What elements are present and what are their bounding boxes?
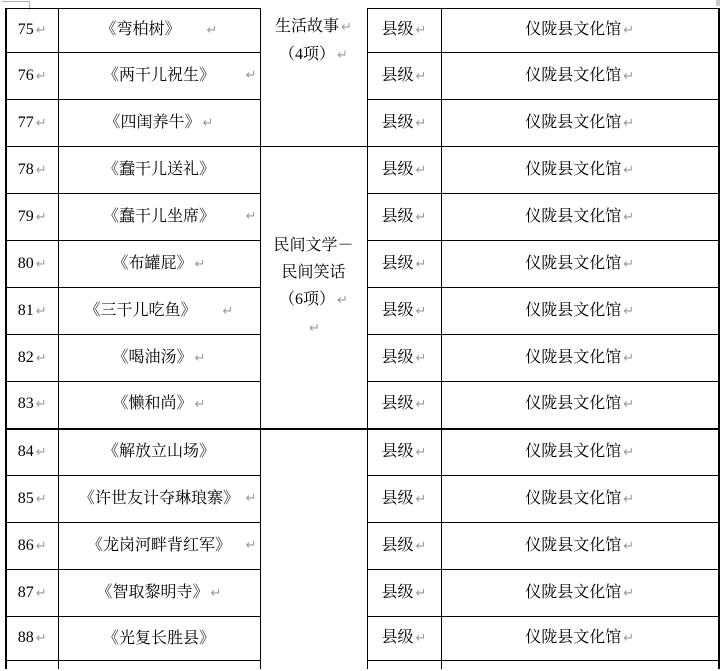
- paragraph-mark-icon: ↵: [623, 163, 634, 178]
- org-cell: 仪陇县文化馆↵: [441, 382, 719, 429]
- paragraph-mark-icon: ↵: [36, 445, 47, 460]
- org-text: 仪陇县文化馆: [525, 255, 621, 272]
- title-cell: 《龙岗河畔背红军》↵: [58, 523, 260, 570]
- org-cell: 仪陇县文化馆↵: [441, 523, 719, 570]
- title-text: 《光复长胜县》: [103, 630, 215, 647]
- level-cell: 县级↵: [367, 617, 441, 661]
- table-row: 78↵《蠢干儿送礼》民间文学－民间笑话（6项）↵↵县级↵仪陇县文化馆↵: [6, 147, 719, 194]
- org-cell: 仪陇县文化馆↵: [441, 476, 719, 523]
- row-number-cell: [6, 661, 58, 669]
- level-cell: 县级↵: [367, 241, 441, 288]
- paragraph-mark-icon: ↵: [623, 492, 634, 507]
- paragraph-mark-icon: ↵: [623, 397, 634, 412]
- paragraph-mark-icon: ↵: [337, 293, 348, 308]
- row-number: 83: [18, 395, 34, 412]
- title-text: 《喝油汤》: [113, 349, 193, 366]
- title-text: 《龙岗河畔背红军》: [87, 537, 231, 554]
- row-number: 85: [18, 490, 34, 507]
- row-number-cell: 87↵: [6, 570, 58, 617]
- level-cell: 县级↵: [367, 382, 441, 429]
- category-text: 民间文学－: [273, 237, 353, 254]
- org-text: 仪陇县文化馆: [525, 349, 621, 366]
- category-text: （6项）: [279, 291, 335, 308]
- title-text: 《两干儿祝生》: [103, 67, 215, 84]
- org-text: 仪陇县文化馆: [525, 395, 621, 412]
- paragraph-mark-icon: ↵: [36, 257, 47, 272]
- org-text: 仪陇县文化馆: [525, 114, 621, 131]
- level-text: 县级: [382, 114, 414, 131]
- level-text: 县级: [382, 629, 414, 646]
- paragraph-mark-icon: ↵: [246, 66, 257, 86]
- org-text: 仪陇县文化馆: [525, 490, 621, 507]
- row-number: 86: [18, 537, 34, 554]
- scrollbar-sliver: [716, 0, 720, 6]
- category-line: 生活故事↵: [261, 13, 367, 41]
- org-cell: 仪陇县文化馆↵: [441, 194, 719, 241]
- title-text: 《蠢干儿送礼》: [103, 161, 215, 178]
- level-text: 县级: [382, 443, 414, 460]
- row-number: 78: [18, 161, 34, 178]
- paragraph-mark-icon: ↵: [246, 207, 257, 227]
- org-cell: 仪陇县文化馆↵: [441, 617, 719, 661]
- paragraph-mark-icon: ↵: [36, 586, 47, 601]
- row-number-cell: 81↵: [6, 288, 58, 335]
- level-text: 县级: [382, 255, 414, 272]
- level-cell: 县级↵: [367, 523, 441, 570]
- paragraph-mark-icon: ↵: [36, 539, 47, 554]
- category-cell: [260, 429, 367, 669]
- org-cell: 仪陇县文化馆↵: [441, 241, 719, 288]
- org-text: 仪陇县文化馆: [525, 537, 621, 554]
- title-cell: 《弯柏树》↵: [58, 9, 260, 53]
- org-text: 仪陇县文化馆: [525, 629, 621, 646]
- level-cell: 县级↵: [367, 9, 441, 53]
- paragraph-mark-icon: ↵: [195, 351, 206, 366]
- org-cell: 仪陇县文化馆↵: [441, 288, 719, 335]
- title-cell: 《四闺养牛》↵: [58, 100, 260, 147]
- category-label: 民间文学－民间笑话（6项）↵↵: [261, 232, 367, 342]
- paragraph-mark-icon: ↵: [36, 304, 47, 319]
- row-number-cell: 85↵: [6, 476, 58, 523]
- paragraph-mark-icon: ↵: [36, 69, 47, 84]
- row-number: 75: [18, 21, 34, 38]
- org-text: 仪陇县文化馆: [525, 208, 621, 225]
- org-cell: 仪陇县文化馆↵: [441, 53, 719, 100]
- paragraph-mark-icon: ↵: [416, 163, 427, 178]
- paragraph-mark-icon: ↵: [416, 492, 427, 507]
- title-cell: 《喝油汤》↵: [58, 335, 260, 382]
- org-cell: 仪陇县文化馆↵: [441, 9, 719, 53]
- title-cell: 《智取黎明寺》↵: [58, 570, 260, 617]
- paragraph-mark-icon: ↵: [203, 116, 214, 131]
- paragraph-mark-icon: ↵: [416, 631, 427, 646]
- paragraph-mark-icon: ↵: [36, 397, 47, 412]
- org-cell: 仪陇县文化馆↵: [441, 429, 719, 476]
- paragraph-mark-icon: ↵: [623, 445, 634, 460]
- title-text: 《弯柏树》: [101, 21, 181, 38]
- level-text: 县级: [382, 395, 414, 412]
- row-number: 76: [18, 67, 34, 84]
- level-text: 县级: [382, 161, 414, 178]
- level-cell: 县级↵: [367, 288, 441, 335]
- paragraph-mark-icon: ↵: [416, 304, 427, 319]
- row-number-cell: 82↵: [6, 335, 58, 382]
- org-cell: 仪陇县文化馆↵: [441, 570, 719, 617]
- org-text: 仪陇县文化馆: [525, 443, 621, 460]
- title-cell: 《布罐屁》↵: [58, 241, 260, 288]
- level-cell: 县级↵: [367, 53, 441, 100]
- level-cell: 县级↵: [367, 570, 441, 617]
- category-line: （4项）↵: [261, 41, 367, 69]
- level-cell: 县级↵: [367, 147, 441, 194]
- org-text: 仪陇县文化馆: [525, 302, 621, 319]
- category-line: 民间文学－: [261, 232, 367, 259]
- table-row: 84↵《解放立山场》县级↵仪陇县文化馆↵: [6, 429, 719, 476]
- row-number-cell: 75↵: [6, 9, 58, 53]
- paragraph-mark-icon: ↵: [416, 397, 427, 412]
- row-number-cell: 84↵: [6, 429, 58, 476]
- paragraph-mark-icon: ↵: [416, 210, 427, 225]
- title-cell: 《蠢干儿坐席》↵: [58, 194, 260, 241]
- paragraph-mark-icon: ↵: [246, 489, 257, 509]
- org-cell: 仪陇县文化馆↵: [441, 147, 719, 194]
- title-text: 《布罐屁》: [113, 255, 193, 272]
- paragraph-mark-icon: ↵: [623, 586, 634, 601]
- level-cell: 县级↵: [367, 476, 441, 523]
- paragraph-mark-icon: ↵: [416, 586, 427, 601]
- title-cell: 《蠢干儿送礼》: [58, 147, 260, 194]
- paragraph-mark-icon: ↵: [416, 69, 427, 84]
- category-line: 民间笑话: [261, 259, 367, 286]
- row-number: 88: [18, 629, 34, 646]
- level-text: 县级: [382, 349, 414, 366]
- title-text: 《解放立山场》: [103, 443, 215, 460]
- paragraph-mark-icon: ↵: [341, 20, 352, 35]
- title-text: 《四闺养牛》: [105, 114, 201, 131]
- paragraph-mark-icon: ↵: [623, 631, 634, 646]
- row-number-cell: 86↵: [6, 523, 58, 570]
- category-label: 生活故事↵（4项）↵: [261, 9, 367, 69]
- row-number-cell: 88↵: [6, 617, 58, 661]
- table-row: 75↵《弯柏树》↵生活故事↵（4项）↵县级↵仪陇县文化馆↵: [6, 9, 719, 53]
- level-cell: 县级↵: [367, 429, 441, 476]
- paragraph-mark-icon: ↵: [416, 351, 427, 366]
- row-number: 81: [18, 302, 34, 319]
- row-number: 80: [18, 255, 34, 272]
- level-cell: 县级↵: [367, 194, 441, 241]
- title-text: 《三干儿吃鱼》: [85, 302, 197, 319]
- level-text: 县级: [382, 537, 414, 554]
- category-cell: 民间文学－民间笑话（6项）↵↵: [260, 147, 367, 429]
- row-number-cell: 76↵: [6, 53, 58, 100]
- paragraph-mark-icon: ↵: [36, 210, 47, 225]
- row-number: 77: [18, 114, 34, 131]
- paragraph-mark-icon: ↵: [416, 539, 427, 554]
- level-text: 县级: [382, 67, 414, 84]
- title-cell: 《光复长胜县》: [58, 617, 260, 661]
- paragraph-mark-icon: ↵: [623, 69, 634, 84]
- title-text: 《智取黎明寺》: [97, 584, 209, 601]
- category-text: （4项）: [279, 46, 335, 63]
- title-cell: 《两干儿祝生》↵: [58, 53, 260, 100]
- paragraph-mark-icon: ↵: [623, 23, 634, 38]
- org-text: 仪陇县文化馆: [525, 161, 621, 178]
- title-cell: 《懒和尚》↵: [58, 382, 260, 429]
- row-number-cell: 77↵: [6, 100, 58, 147]
- row-number-cell: 79↵: [6, 194, 58, 241]
- paragraph-mark-icon: ↵: [623, 351, 634, 366]
- category-line: （6项）↵: [261, 286, 367, 314]
- paragraph-mark-icon: ↵: [623, 539, 634, 554]
- paragraph-mark-icon: ↵: [416, 445, 427, 460]
- table-body: 75↵《弯柏树》↵生活故事↵（4项）↵县级↵仪陇县文化馆↵76↵《两干儿祝生》↵…: [6, 9, 719, 669]
- title-cell: 《解放立山场》: [58, 429, 260, 476]
- paragraph-mark-icon: ↵: [416, 116, 427, 131]
- paragraph-mark-icon: ↵: [195, 397, 206, 412]
- paragraph-mark-icon: ↵: [246, 536, 257, 556]
- paragraph-mark-icon: ↵: [36, 492, 47, 507]
- level-cell: [367, 661, 441, 669]
- paragraph-mark-icon: ↵: [36, 163, 47, 178]
- org-text: 仪陇县文化馆: [525, 67, 621, 84]
- row-number-cell: 83↵: [6, 382, 58, 429]
- paragraph-mark-icon: ↵: [623, 210, 634, 225]
- org-text: 仪陇县文化馆: [525, 21, 621, 38]
- paragraph-mark-icon: ↵: [211, 586, 222, 601]
- row-number-cell: 78↵: [6, 147, 58, 194]
- paragraph-mark-icon: ↵: [207, 23, 218, 38]
- category-cell: 生活故事↵（4项）↵: [260, 9, 367, 147]
- row-number-cell: 80↵: [6, 241, 58, 288]
- paragraph-mark-icon: ↵: [623, 257, 634, 272]
- paragraph-mark-icon: ↵: [223, 304, 234, 319]
- document-page: 75↵《弯柏树》↵生活故事↵（4项）↵县级↵仪陇县文化馆↵76↵《两干儿祝生》↵…: [0, 0, 721, 671]
- title-cell: 《三干儿吃鱼》↵: [58, 288, 260, 335]
- org-text: 仪陇县文化馆: [525, 584, 621, 601]
- category-line: ↵: [261, 314, 367, 342]
- title-cell: [58, 661, 260, 669]
- row-number: 79: [18, 208, 34, 225]
- paragraph-mark-icon: ↵: [623, 304, 634, 319]
- title-text: 《懒和尚》: [113, 395, 193, 412]
- level-text: 县级: [382, 208, 414, 225]
- level-cell: 县级↵: [367, 335, 441, 382]
- level-text: 县级: [382, 21, 414, 38]
- org-cell: 仪陇县文化馆↵: [441, 100, 719, 147]
- level-text: 县级: [382, 302, 414, 319]
- level-cell: 县级↵: [367, 100, 441, 147]
- paragraph-mark-icon: ↵: [623, 116, 634, 131]
- paragraph-mark-icon: ↵: [36, 631, 47, 646]
- paragraph-mark-icon: ↵: [416, 257, 427, 272]
- title-text: 《蠢干儿坐席》: [103, 208, 215, 225]
- paragraph-mark-icon: ↵: [36, 116, 47, 131]
- level-text: 县级: [382, 490, 414, 507]
- level-text: 县级: [382, 584, 414, 601]
- paragraph-mark-icon: ↵: [416, 23, 427, 38]
- row-number: 82: [18, 349, 34, 366]
- row-number: 84: [18, 443, 34, 460]
- org-cell: [441, 661, 719, 669]
- heritage-list-table: 75↵《弯柏树》↵生活故事↵（4项）↵县级↵仪陇县文化馆↵76↵《两干儿祝生》↵…: [5, 8, 720, 669]
- title-text: 《许世友计夺琳琅寨》: [79, 490, 239, 507]
- paragraph-mark-icon: ↵: [337, 48, 348, 63]
- paragraph-mark-icon: ↵: [36, 351, 47, 366]
- category-text: 生活故事: [275, 18, 339, 35]
- category-text: 民间笑话: [281, 264, 345, 281]
- paragraph-mark-icon: ↵: [36, 23, 47, 38]
- title-cell: 《许世友计夺琳琅寨》↵: [58, 476, 260, 523]
- paragraph-mark-icon: ↵: [195, 257, 206, 272]
- org-cell: 仪陇县文化馆↵: [441, 335, 719, 382]
- row-number: 87: [18, 584, 34, 601]
- paragraph-mark-icon: ↵: [309, 321, 320, 336]
